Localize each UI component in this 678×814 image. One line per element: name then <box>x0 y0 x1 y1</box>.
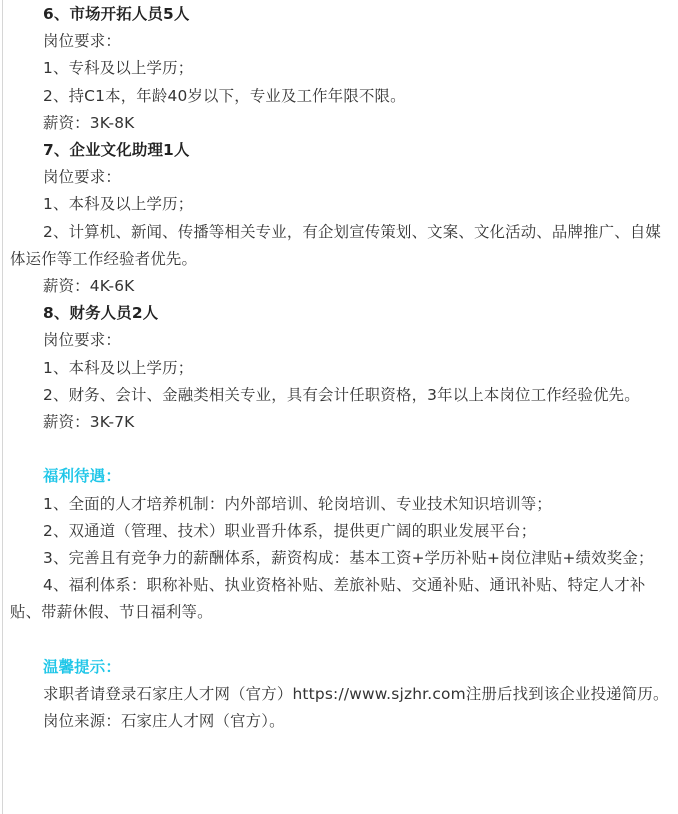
job-7-requirements-label: 岗位要求： <box>10 164 670 191</box>
job-7-salary: 薪资：4K-6K <box>10 273 670 300</box>
job-6-salary: 薪资：3K-8K <box>10 110 670 137</box>
job-title-8: 8、财务人员2人 <box>10 300 670 327</box>
job-8-salary: 薪资：3K-7K <box>10 409 670 436</box>
job-6-requirement-1: 1、专科及以上学历； <box>10 55 670 82</box>
tips-heading: 温馨提示： <box>10 654 670 681</box>
job-title-6: 6、市场开拓人员5人 <box>10 1 670 28</box>
job-8-requirement-1: 1、本科及以上学历； <box>10 355 670 382</box>
job-source: 岗位来源：石家庄人才网（官方）。 <box>10 708 670 735</box>
job-7-requirement-1: 1、本科及以上学历； <box>10 191 670 218</box>
spacer <box>10 436 670 463</box>
job-8-requirements-label: 岗位要求： <box>10 327 670 354</box>
spacer <box>10 627 670 654</box>
job-6-requirements-label: 岗位要求： <box>10 28 670 55</box>
job-7-requirement-2: 2、计算机、新闻、传播等相关专业，有企划宣传策划、文案、文化活动、品牌推广、自媒… <box>10 219 670 273</box>
benefit-item-1: 1、全面的人才培养机制：内外部培训、轮岗培训、专业技术知识培训等； <box>10 491 670 518</box>
benefit-item-3: 3、完善且有竞争力的薪酬体系，薪资构成：基本工资+学历补贴+岗位津贴+绩效奖金； <box>10 545 670 572</box>
job-posting-article: 6、市场开拓人员5人 岗位要求： 1、专科及以上学历； 2、持C1本，年龄40岁… <box>10 1 670 735</box>
benefit-item-2: 2、双通道（管理、技术）职业晋升体系，提供更广阔的职业发展平台； <box>10 518 670 545</box>
tips-text: 求职者请登录石家庄人才网（官方）https://www.sjzhr.com注册后… <box>10 681 670 708</box>
benefit-item-4: 4、福利体系：职称补贴、执业资格补贴、差旅补贴、交通补贴、通讯补贴、特定人才补贴… <box>10 572 670 626</box>
job-title-7: 7、企业文化助理1人 <box>10 137 670 164</box>
job-8-requirement-2: 2、财务、会计、金融类相关专业，具有会计任职资格，3年以上本岗位工作经验优先。 <box>10 382 670 409</box>
left-border-rule <box>2 0 3 814</box>
job-6-requirement-2: 2、持C1本，年龄40岁以下，专业及工作年限不限。 <box>10 83 670 110</box>
benefits-heading: 福利待遇： <box>10 463 670 490</box>
